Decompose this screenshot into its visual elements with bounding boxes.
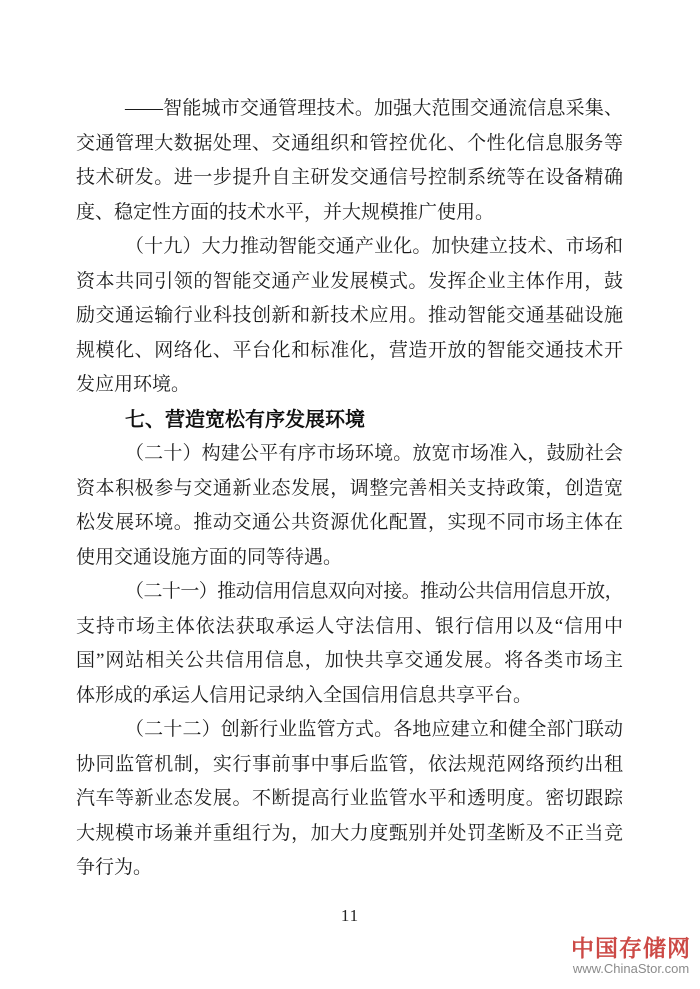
paragraph-line: 交通管理大数据处理、交通组织和管控优化、个性化信息服务等 (76, 127, 623, 162)
paragraph-line: 国”网站相关公共信用信息，加快共享交通发展。将各类市场主 (76, 644, 623, 679)
paragraph-line: （十九）大力推动智能交通产业化。加快建立技术、市场和 (76, 230, 623, 265)
paragraph-item-19: （十九）大力推动智能交通产业化。加快建立技术、市场和 资本共同引领的智能交通产业… (76, 230, 623, 403)
paragraph-line: 技术研发。进一步提升自主研发交通信号控制系统等在设备精确 (76, 161, 623, 196)
paragraph-line: （二十一）推动信用信息双向对接。推动公共信用信息开放， (76, 575, 623, 610)
paragraph-item-22: （二十二）创新行业监管方式。各地应建立和健全部门联动 协同监管机制，实行事前事中… (76, 713, 623, 886)
paragraph-line: 协同监管机制，实行事前事中事后监管，依法规范网络预约出租 (76, 748, 623, 783)
paragraph-line: 汽车等新业态发展。不断提高行业监管水平和透明度。密切跟踪 (76, 782, 623, 817)
paragraph-line: 励交通运输行业科技创新和新技术应用。推动智能交通基础设施 (76, 299, 623, 334)
page-number: 11 (0, 906, 700, 926)
paragraph-item-20: （二十）构建公平有序市场环境。放宽市场准入，鼓励社会 资本积极参与交通新业态发展… (76, 437, 623, 575)
paragraph-line: ——智能城市交通管理技术。加强大范围交通流信息采集、 (76, 92, 623, 127)
paragraph-line: 发应用环境。 (76, 368, 623, 403)
watermark-site-url: www.ChinaStor.com (571, 961, 691, 977)
paragraph-line: （二十二）创新行业监管方式。各地应建立和健全部门联动 (76, 713, 623, 748)
text-block: ——智能城市交通管理技术。加强大范围交通流信息采集、 交通管理大数据处理、交通组… (76, 92, 623, 886)
watermark: 中国存储网 www.ChinaStor.com (571, 935, 691, 977)
paragraph-line: （二十）构建公平有序市场环境。放宽市场准入，鼓励社会 (76, 437, 623, 472)
paragraph-line: 度、稳定性方面的技术水平，并大规模推广使用。 (76, 196, 623, 231)
paragraph-line: 资本共同引领的智能交通产业发展模式。发挥企业主体作用，鼓 (76, 265, 623, 300)
paragraph-line: 使用交通设施方面的同等待遇。 (76, 541, 623, 576)
watermark-site-name: 中国存储网 (571, 935, 691, 961)
paragraph-line: 松发展环境。推动交通公共资源优化配置，实现不同市场主体在 (76, 506, 623, 541)
paragraph-line: 规模化、网络化、平台化和标准化，营造开放的智能交通技术开 (76, 334, 623, 369)
paragraph-line: 体形成的承运人信用记录纳入全国信用信息共享平台。 (76, 679, 623, 714)
paragraph-line: 争行为。 (76, 851, 623, 886)
paragraph-line: 支持市场主体依法获取承运人守法信用、银行信用以及“信用中 (76, 610, 623, 645)
document-page: ——智能城市交通管理技术。加强大范围交通流信息采集、 交通管理大数据处理、交通组… (0, 0, 700, 989)
section-heading: 七、营造宽松有序发展环境 (76, 403, 623, 438)
paragraph-item-21: （二十一）推动信用信息双向对接。推动公共信用信息开放， 支持市场主体依法获取承运… (76, 575, 623, 713)
paragraph-smart-city-traffic: ——智能城市交通管理技术。加强大范围交通流信息采集、 交通管理大数据处理、交通组… (76, 92, 623, 230)
paragraph-line: 大规模市场兼并重组行为，加大力度甄别并处罚垄断及不正当竞 (76, 817, 623, 852)
paragraph-line: 资本积极参与交通新业态发展，调整完善相关支持政策，创造宽 (76, 472, 623, 507)
